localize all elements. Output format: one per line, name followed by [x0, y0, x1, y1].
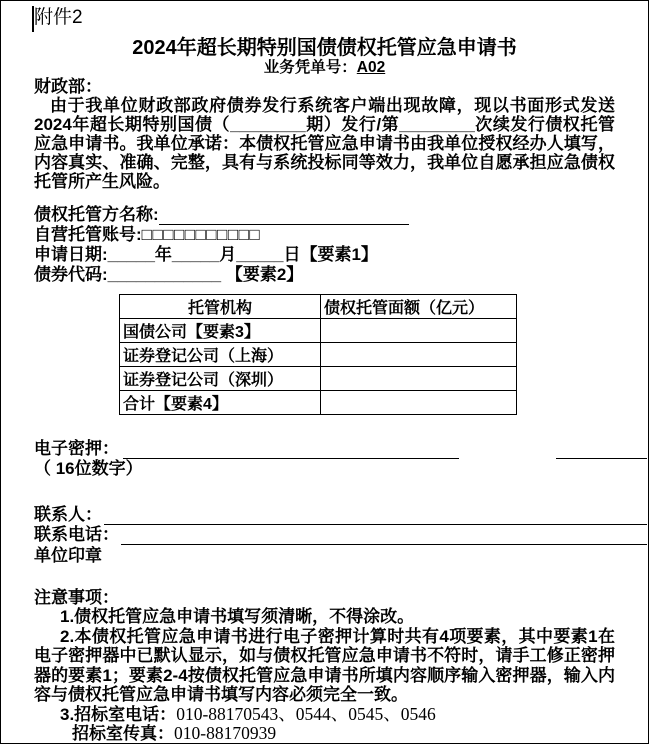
- electronic-seal-field: 电子密押：: [34, 439, 647, 459]
- contact-phone-label: 联系电话：: [34, 525, 119, 545]
- table-header-row: 托管机构 债权托管面额（亿元）: [120, 295, 517, 319]
- contact-person-input[interactable]: [104, 509, 647, 525]
- custody-account-label: 自营托管账号:: [34, 225, 142, 244]
- table-row: 证券登记公司（深圳）: [120, 367, 517, 391]
- amount-cell[interactable]: [321, 367, 517, 391]
- table-row: 国债公司【要素3】: [120, 319, 517, 343]
- note-item-3-phone: 3.招标室电话：010-88170543、0544、0545、0546: [34, 705, 615, 725]
- bond-code-field[interactable]: 债券代码:____________ 【要素2】: [34, 265, 615, 285]
- header-custody-amount: 债权托管面额（亿元）: [321, 295, 517, 319]
- contact-phone-field: 联系电话：: [34, 525, 647, 545]
- custodian-name-label: 债权托管方名称:: [34, 205, 159, 224]
- custodian-name-field: 债权托管方名称:: [34, 205, 615, 225]
- electronic-seal-input[interactable]: [123, 443, 459, 459]
- notes-section: 注意事项： 1.债权托管应急申请书填写须清晰，不得涂改。 2.本债权托管应急申请…: [34, 588, 615, 744]
- electronic-seal-block: 电子密押： （ 16位数字）: [34, 439, 615, 479]
- notes-heading: 注意事项：: [34, 588, 615, 607]
- seal-hint: （ 16位数字）: [34, 459, 615, 479]
- table-row: 证券登记公司（上海）: [120, 343, 517, 367]
- salutation: 财政部：: [34, 77, 615, 96]
- note-item-3-fax: 招标室传真：010-88170939: [34, 724, 615, 744]
- voucher-number-value: A02: [357, 59, 385, 76]
- unit-seal-label: 单位印章: [34, 545, 615, 566]
- bidding-room-phone-label: 3.招标室电话：: [60, 705, 176, 724]
- org-cell: 国债公司【要素3】: [120, 319, 321, 343]
- document-page: 附件2 2024年超长期特别国债债权托管应急申请书 业务凭单号：A02 财政部：…: [0, 0, 649, 744]
- electronic-seal-label: 电子密押：: [34, 439, 119, 459]
- custody-account-field: 自营托管账号:□□□□□□□□□□□: [34, 225, 615, 245]
- bidding-room-phone-value: 010-88170543、0544、0545、0546: [176, 704, 436, 724]
- form-fields: 债权托管方名称: 自营托管账号:□□□□□□□□□□□ 申请日期:_____年_…: [34, 205, 615, 285]
- amount-cell[interactable]: [321, 343, 517, 367]
- voucher-number-line: 业务凭单号：A02: [34, 59, 615, 77]
- voucher-number-label: 业务凭单号：: [264, 59, 357, 76]
- contact-block: 联系人： 联系电话： 单位印章: [34, 505, 615, 566]
- electronic-seal-input-2[interactable]: [556, 443, 647, 459]
- contact-phone-input[interactable]: [121, 529, 647, 545]
- org-cell: 合计【要素4】: [120, 391, 321, 415]
- amount-cell[interactable]: [321, 319, 517, 343]
- custody-account-boxes[interactable]: □□□□□□□□□□□: [142, 225, 260, 244]
- amount-cell[interactable]: [321, 391, 517, 415]
- note-item-1: 1.债权托管应急申请书填写须清晰，不得涂改。: [34, 607, 615, 627]
- table-row: 合计【要素4】: [120, 391, 517, 415]
- apply-date-field[interactable]: 申请日期:_____年_____月_____日【要素1】: [34, 245, 615, 265]
- attachment-label: 附件2: [34, 5, 615, 31]
- org-cell: 证券登记公司（深圳）: [120, 367, 321, 391]
- bidding-room-fax-value: 010-88170939: [174, 723, 276, 743]
- text-cursor: [32, 6, 34, 32]
- body-paragraph: 由于我单位财政部政府债券发行系统客户端出现故障，现以书面形式发送2024年超长期…: [34, 96, 615, 191]
- org-cell: 证券登记公司（上海）: [120, 343, 321, 367]
- document-title: 2024年超长期特别国债债权托管应急申请书: [34, 37, 615, 59]
- contact-person-label: 联系人：: [34, 505, 102, 525]
- custodian-name-input[interactable]: [159, 209, 409, 225]
- contact-person-field: 联系人：: [34, 505, 647, 525]
- header-custody-org: 托管机构: [120, 295, 321, 319]
- bidding-room-fax-label: 招标室传真：: [72, 724, 174, 743]
- note-item-2: 2.本债权托管应急申请书进行电子密押计算时共有4项要素，其中要素1在电子密押器中…: [34, 627, 615, 705]
- custody-table: 托管机构 债权托管面额（亿元） 国债公司【要素3】 证券登记公司（上海） 证券登…: [119, 294, 517, 415]
